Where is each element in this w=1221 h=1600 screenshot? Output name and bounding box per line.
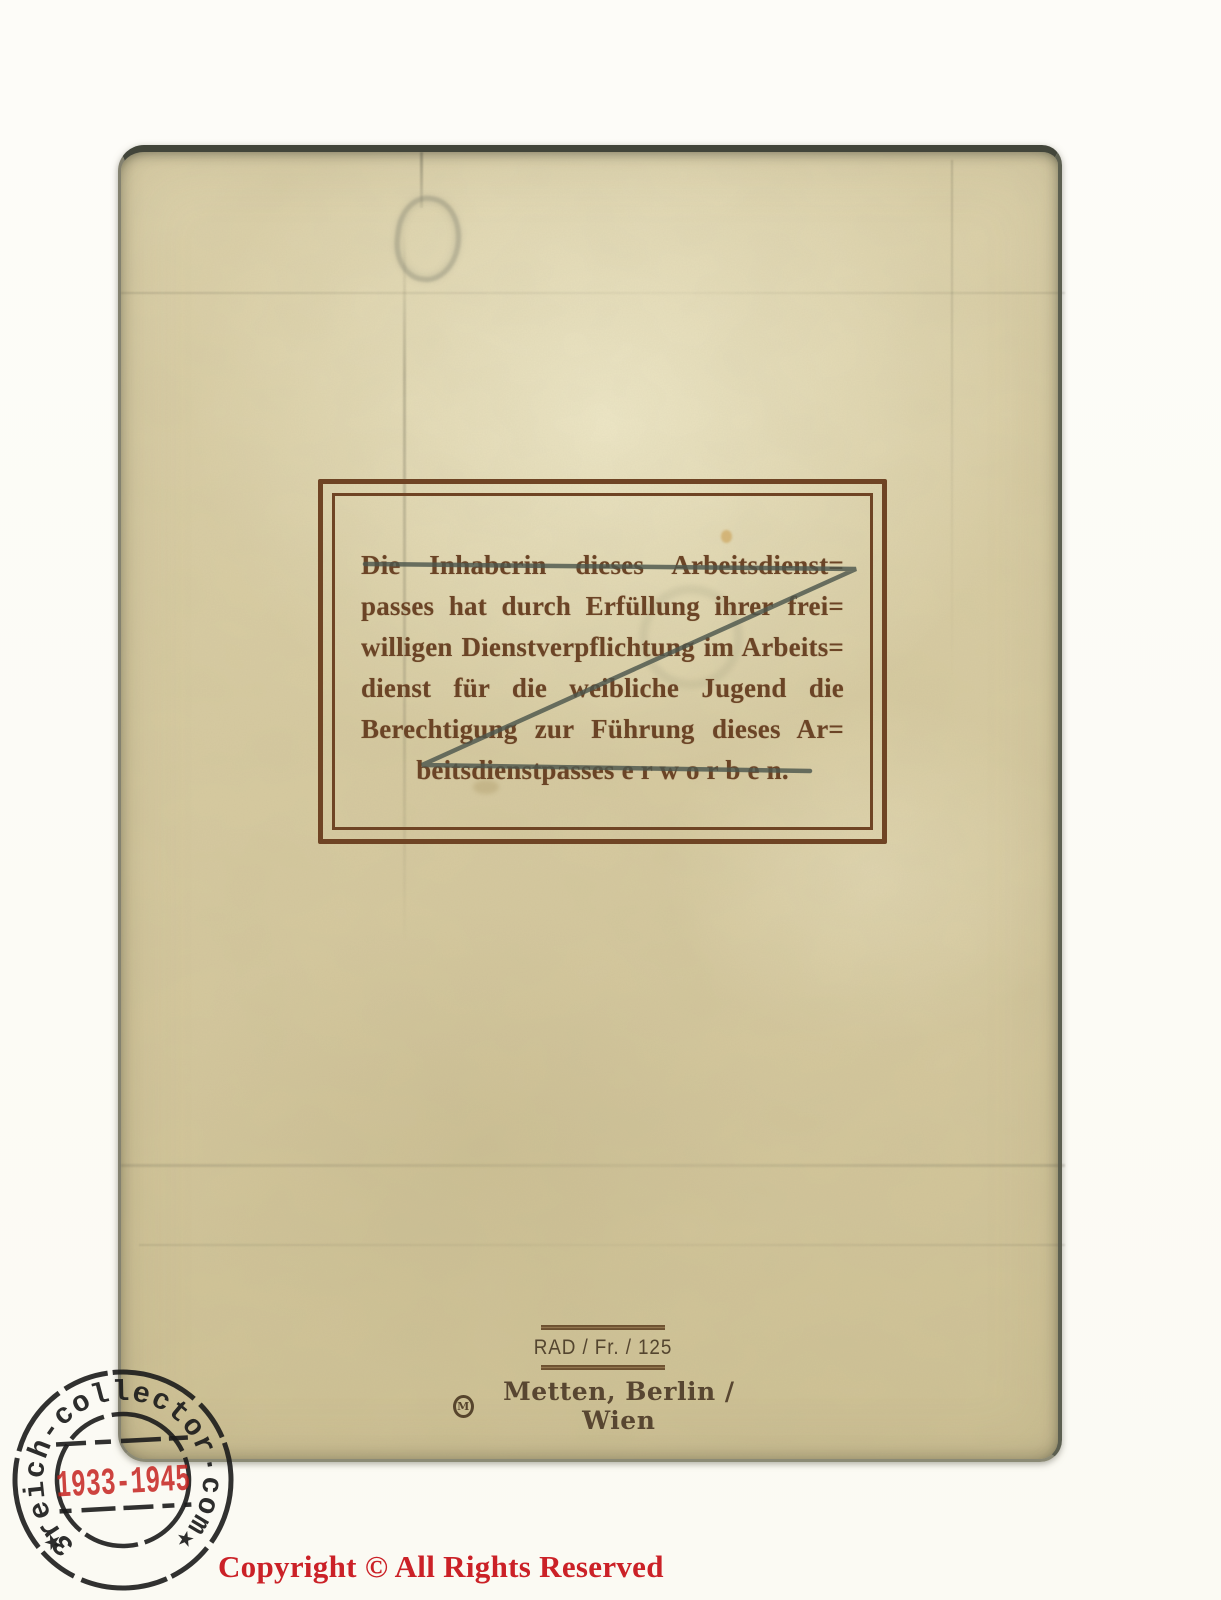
notice-line: Die Inhaberin dieses Arbeitsdienst=	[361, 545, 844, 586]
stamp-group: 3reich-collector·com 1933-1945 ★ ★	[9, 1366, 236, 1593]
document-page: Die Inhaberin dieses Arbeitsdienst= pass…	[118, 145, 1062, 1462]
print-imprint: RAD / Fr. / 125 M Metten, Berlin / Wien	[453, 1325, 753, 1435]
publisher-name: Metten, Berlin / Wien	[485, 1377, 753, 1435]
notice-inner-border: Die Inhaberin dieses Arbeitsdienst= pass…	[332, 493, 873, 830]
star-icon: ★	[174, 1525, 198, 1553]
crease	[121, 292, 1065, 294]
grommet-stain	[389, 192, 466, 286]
crease	[121, 1164, 1065, 1167]
print-code: RAD / Fr. / 125	[468, 1330, 738, 1365]
publisher-logo-glyph: M	[457, 1400, 469, 1413]
notice-line: Berechtigung zur Führung dieses Ar=	[361, 709, 844, 750]
scan-background: Die Inhaberin dieses Arbeitsdienst= pass…	[0, 0, 1221, 1600]
notice-line: dienst für die weibliche Jugend die	[361, 668, 844, 709]
notice-text: Die Inhaberin dieses Arbeitsdienst= pass…	[335, 496, 870, 791]
collector-stamp: 3reich-collector·com 1933-1945 ★ ★	[3, 1357, 243, 1600]
crease	[951, 160, 953, 680]
notice-line: passes hat durch Erfüllung ihrer frei=	[361, 586, 844, 627]
publisher-logo-icon: M	[453, 1395, 474, 1418]
publisher-imprint: M Metten, Berlin / Wien	[453, 1377, 753, 1435]
notice-line: willigen Dienstverpflichtung im Arbeits=	[361, 627, 844, 668]
stamp-dash-line	[56, 1438, 188, 1445]
stamp-year-range: 1933-1945	[55, 1459, 191, 1509]
copyright-notice: Copyright © All Rights Reserved	[218, 1549, 664, 1585]
notice-box: Die Inhaberin dieses Arbeitsdienst= pass…	[318, 479, 887, 844]
imprint-rule	[541, 1365, 665, 1370]
crease	[139, 1244, 1065, 1246]
notice-line: beitsdienstpasses e r w o r b e n.	[361, 750, 844, 791]
